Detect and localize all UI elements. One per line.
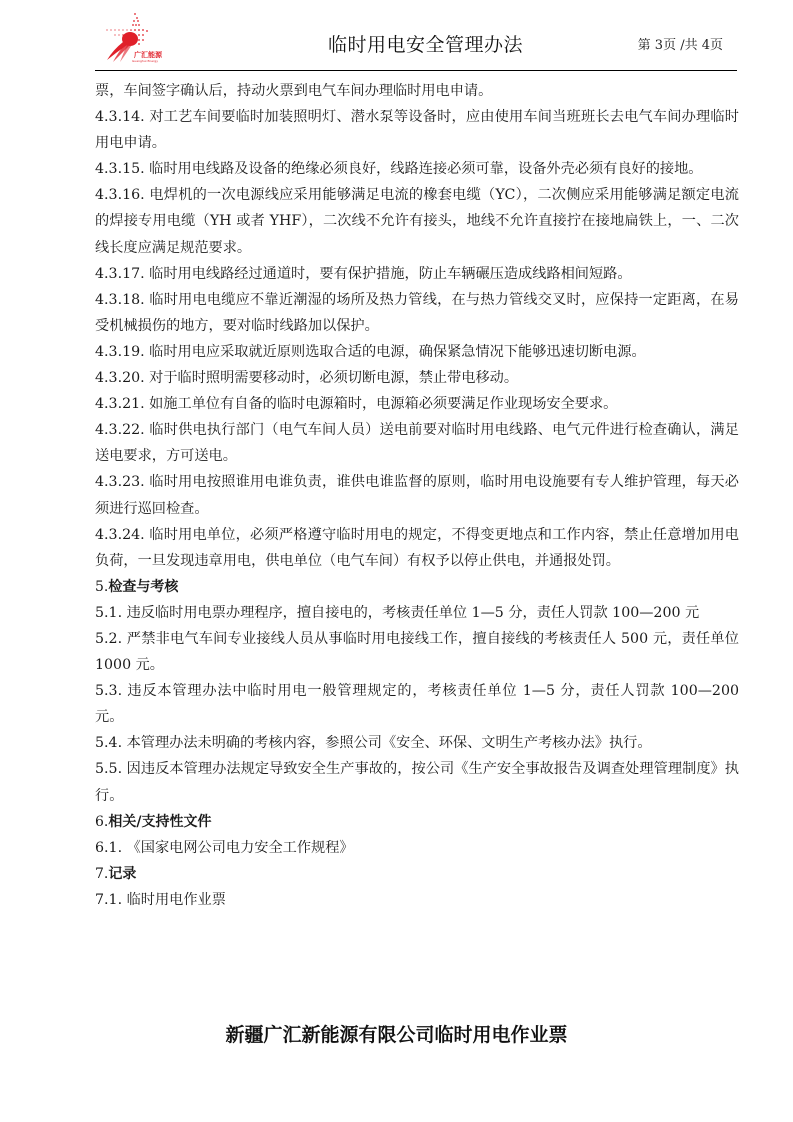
clause-4-3-14: 4.3.14. 对工艺车间要临时加装照明灯、潜水泵等设备时，应由使用车间当班班长… — [95, 104, 739, 156]
page-header: 广汇能源 Guanghui Energy 临时用电安全管理办法 第 3页 /共 … — [95, 10, 737, 72]
clause-4-3-16: 4.3.16. 电焊机的一次电源线应采用能够满足电流的橡套电缆（YC），二次侧应… — [95, 182, 739, 260]
clause-4-3-15: 4.3.15. 临时用电线路及设备的绝缘必须良好，线路连接必须可靠，设备外壳必须… — [95, 156, 739, 182]
section-heading-6: 6.相关/支持性文件 — [95, 809, 739, 835]
clause-4-3-22: 4.3.22. 临时供电执行部门（电气车间人员）送电前要对临时用电线路、电气元件… — [95, 417, 739, 469]
clause-4-3-24: 4.3.24. 临时用电单位，必须严格遵守临时用电的规定，不得变更地点和工作内容… — [95, 522, 739, 574]
svg-text:Guanghui Energy: Guanghui Energy — [132, 59, 158, 63]
clause-4-3-21: 4.3.21. 如施工单位有自备的临时电源箱时，电源箱必须要满足作业现场安全要求… — [95, 391, 739, 417]
form-title: 新疆广汇新能源有限公司临时用电作业票 — [0, 1020, 793, 1047]
paragraph: 票，车间签字确认后，持动火票到电气车间办理临时用电申请。 — [95, 78, 739, 104]
document-title: 临时用电安全管理办法 — [328, 30, 523, 57]
clause-5-2: 5.2. 严禁非电气车间专业接线人员从事临时用电接线工作，擅自接线的考核责任人 … — [95, 626, 739, 678]
header-divider — [95, 70, 737, 71]
company-logo: 广汇能源 Guanghui Energy — [103, 10, 163, 66]
clause-4-3-19: 4.3.19. 临时用电应采取就近原则选取合适的电源，确保紧急情况下能够迅速切断… — [95, 339, 739, 365]
section-title: 相关/支持性文件 — [108, 814, 211, 830]
clause-4-3-17: 4.3.17. 临时用电线路经过通道时，要有保护措施，防止车辆碾压造成线路相间短… — [95, 261, 739, 287]
section-title: 检查与考核 — [108, 579, 178, 595]
clause-4-3-20: 4.3.20. 对于临时照明需要移动时，必须切断电源，禁止带电移动。 — [95, 365, 739, 391]
clause-5-5: 5.5. 因违反本管理办法规定导致安全生产事故的，按公司《生产安全事故报告及调查… — [95, 756, 739, 808]
logo-comet-icon: 广汇能源 Guanghui Energy — [103, 10, 163, 66]
section-title: 记录 — [108, 866, 136, 882]
clause-6-1: 6.1. 《国家电网公司电力安全工作规程》 — [95, 835, 739, 861]
clause-7-1: 7.1. 临时用电作业票 — [95, 887, 739, 913]
clause-4-3-23: 4.3.23. 临时用电按照谁用电谁负责，谁供电谁监督的原则，临时用电设施要有专… — [95, 469, 739, 521]
section-heading-7: 7.记录 — [95, 861, 739, 887]
clause-5-3: 5.3. 违反本管理办法中临时用电一般管理规定的，考核责任单位 1—5 分，责任… — [95, 678, 739, 730]
page-indicator: 第 3页 /共 4页 — [638, 34, 723, 53]
section-heading-5: 5.检查与考核 — [95, 574, 739, 600]
clause-5-1: 5.1. 违反临时用电票办理程序，擅自接电的，考核责任单位 1—5 分，责任人罚… — [95, 600, 739, 626]
clause-5-4: 5.4. 本管理办法未明确的考核内容，参照公司《安全、环保、文明生产考核办法》执… — [95, 730, 739, 756]
document-body: 票，车间签字确认后，持动火票到电气车间办理临时用电申请。 4.3.14. 对工艺… — [95, 78, 739, 913]
svg-text:广汇能源: 广汇能源 — [133, 50, 163, 59]
clause-4-3-18: 4.3.18. 临时用电电缆应不靠近潮湿的场所及热力管线，在与热力管线交叉时，应… — [95, 287, 739, 339]
